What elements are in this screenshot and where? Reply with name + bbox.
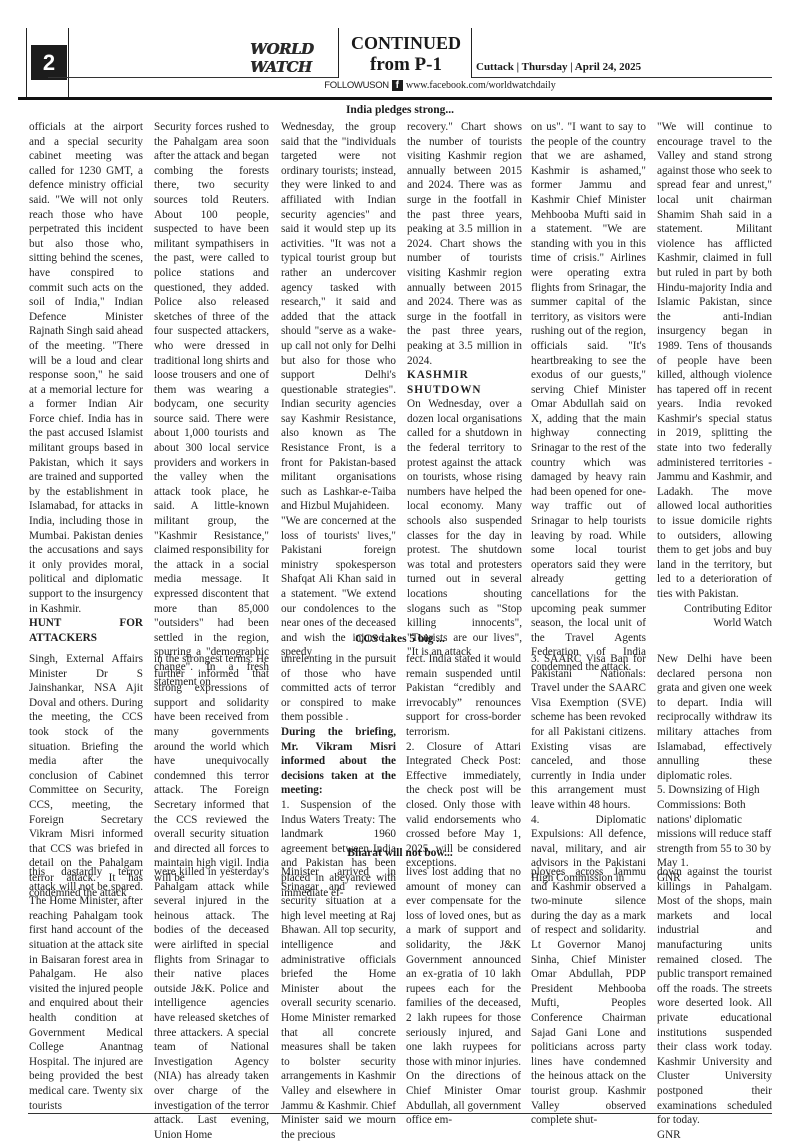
article-column-4: lives lost adding that no amount of mone… — [406, 865, 521, 1128]
header-rule-right — [472, 77, 772, 78]
column-text: Security forces rushed to the Pahalgam a… — [154, 120, 269, 689]
follow-us-bar: FOLLOWUSON f www.facebook.com/worldwatch… — [0, 80, 800, 91]
column-text: lives lost adding that no amount of mone… — [406, 865, 521, 1128]
article-column-1: Singh, External Affairs Minister Dr S Ja… — [29, 652, 143, 900]
article-column-6: down against the tourist killings in Pah… — [657, 865, 772, 1142]
header-thick-rule — [18, 97, 772, 100]
byline-org: World Watch — [657, 616, 772, 631]
article-column-1: officials at the airport and a special s… — [29, 120, 143, 645]
column-text: were killed in yesterday's Pahalgam atta… — [154, 865, 269, 1142]
column-text: this dastardly terror attack will not be… — [29, 865, 143, 1113]
newspaper-page: 2 WORLD WATCH CONTINUED from P-1 Cuttack… — [0, 0, 800, 1143]
column-text: fect. India stated it would remain suspe… — [406, 652, 521, 740]
continued-banner: CONTINUED from P-1 — [342, 32, 470, 76]
column-text: ployees across Jammu and Kashmir observe… — [531, 865, 646, 1128]
article-column-2: Security forces rushed to the Pahalgam a… — [154, 120, 269, 689]
continued-from-label: from P-1 — [342, 54, 470, 76]
section-title-ccs-takes: CCS takes 5 big ... — [0, 633, 800, 645]
signature: GNR — [657, 1128, 772, 1143]
column-text: on us". "I want to say to the people of … — [531, 120, 646, 675]
article-column-4: fect. India stated it would remain suspe… — [406, 652, 521, 871]
article-column-3: Minister arrived in Srinagar and reviewe… — [281, 865, 396, 1142]
article-column-4: recovery." Chart shows the number of tou… — [407, 120, 522, 660]
footer-rule — [28, 1113, 772, 1114]
column-text: Singh, External Affairs Minister Dr S Ja… — [29, 652, 143, 900]
header-divider-logo — [338, 28, 339, 78]
byline-role: Contributing Editor — [657, 602, 772, 617]
column-text: down against the tourist killings in Pah… — [657, 865, 772, 1128]
article-column-2: were killed in yesterday's Pahalgam atta… — [154, 865, 269, 1142]
column-text: Minister arrived in Srinagar and reviewe… — [281, 865, 396, 1142]
world-watch-logo: WORLD WATCH — [250, 44, 336, 76]
section-title-india-pledges: India pledges strong... — [0, 104, 800, 116]
facebook-url-link[interactable]: www.facebook.com/worldwatchdaily — [406, 80, 556, 91]
page-number-badge: 2 — [31, 45, 67, 80]
continued-label: CONTINUED — [342, 32, 470, 54]
article-column-3: Wednesday, the group said that the "indi… — [281, 120, 396, 660]
column-text: officials at the airport and a special s… — [29, 120, 143, 616]
column-text: "We will continue to encourage travel to… — [657, 120, 772, 602]
subhead-kashmir-shutdown: KASHMIR SHUTDOWN — [407, 368, 522, 397]
decision-item-3: 3. SAARC Visa Ban for Pakistani National… — [531, 652, 646, 813]
dateline: Cuttack | Thursday | April 24, 2025 — [476, 61, 641, 73]
column-text: recovery." Chart shows the number of tou… — [407, 120, 522, 368]
follow-us-label: FOLLOWUSON — [324, 80, 389, 91]
section-title-bharat-will-not-bow: Bharat will not bow... — [0, 847, 800, 859]
column-text: On Wednesday, over a dozen local organis… — [407, 397, 522, 660]
facebook-icon[interactable]: f — [392, 80, 403, 91]
decisions-intro: During the briefing, Mr. Vikram Misri in… — [281, 725, 396, 798]
column-text: New Delhi have been declared persona non… — [657, 652, 772, 783]
header-rule-left — [48, 77, 338, 78]
article-column-6: "We will continue to encourage travel to… — [657, 120, 772, 631]
column-text: unrelenting in the pursuit of those who … — [281, 652, 396, 725]
header-divider-date — [471, 28, 472, 78]
article-column-5: on us". "I want to say to the people of … — [531, 120, 646, 675]
column-text: Wednesday, the group said that the "indi… — [281, 120, 396, 514]
article-column-3: unrelenting in the pursuit of those who … — [281, 652, 396, 900]
article-column-5: ployees across Jammu and Kashmir observe… — [531, 865, 646, 1128]
article-column-1: this dastardly terror attack will not be… — [29, 865, 143, 1113]
